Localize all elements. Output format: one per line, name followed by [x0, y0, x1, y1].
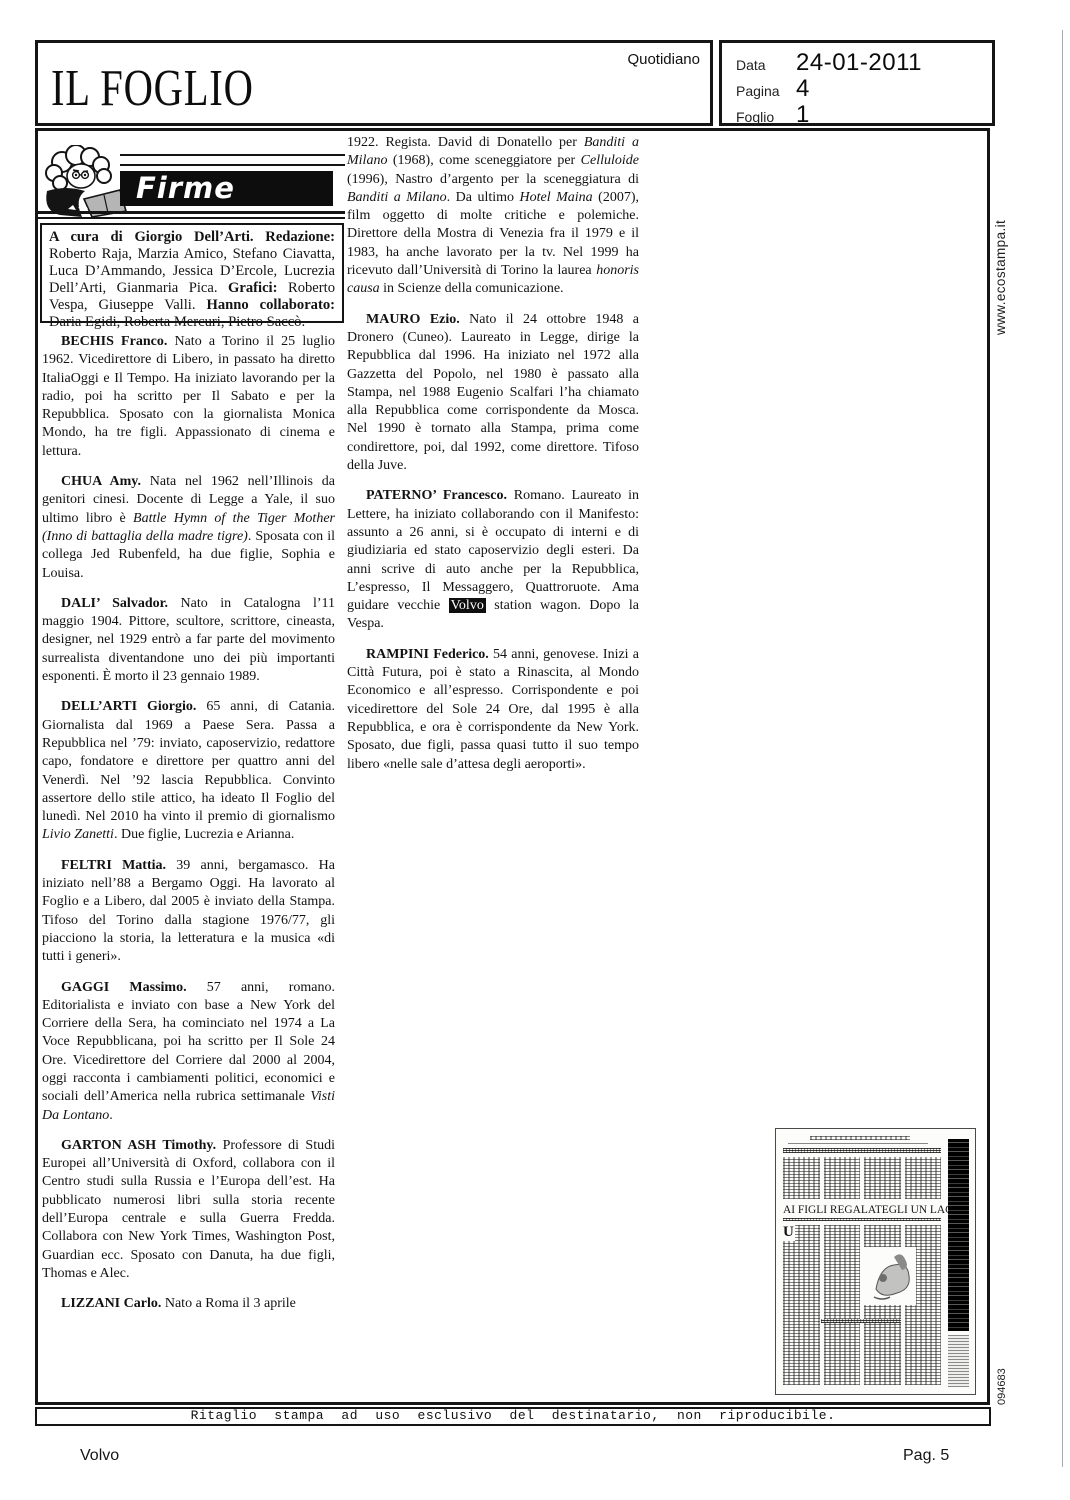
text-segment: FELTRI Mattia.: [61, 858, 166, 873]
text-segment: Banditi a Milano: [347, 190, 447, 205]
text-segment: (1996), Nastro d’argento per la sceneggi…: [347, 172, 639, 187]
thumb-dropcap: U: [783, 1224, 795, 1241]
thumb-rule: [788, 1143, 928, 1144]
text-segment: 1922. Regista. David di Donatello per: [347, 135, 584, 150]
entry-bechis: BECHIS Franco. Nato a Torino il 25 lugli…: [42, 333, 335, 461]
text-segment: 65 anni, di Catania. Giornalista dal 196…: [42, 699, 335, 824]
entry-rampini: RAMPINI Federico. 54 anni, genovese. Ini…: [347, 646, 639, 774]
rubric-rule-bottom-1: [38, 211, 345, 214]
thumb-body-columns: [783, 1225, 941, 1385]
text-segment: Livio Zanetti: [42, 827, 114, 842]
entry-chua: CHUA Amy. Nata nel 1962 nell’Illinois da…: [42, 473, 335, 583]
thumb-headline: AI FIGLI REGALATEGLI UN LAGER: [783, 1202, 937, 1217]
entry-lizzani: LIZZANI Carlo. Nato a Roma il 3 aprile: [42, 1295, 335, 1313]
text-segment: 54 anni, genovese. Inizi a Città Futura,…: [347, 647, 639, 772]
text-segment: Celluloide: [581, 153, 639, 168]
column-left: BECHIS Franco. Nato a Torino il 25 lugli…: [42, 333, 335, 1402]
thumb-text-column: [824, 1157, 861, 1199]
masthead-box: IL FOGLIO Quotidiano: [35, 40, 713, 126]
clipping-code-vertical: 094683: [996, 1341, 1008, 1405]
text-segment: RAMPINI Federico.: [366, 647, 489, 662]
column-right: 1922. Regista. David di Donatello per Ba…: [347, 134, 639, 786]
text-segment: A cura di Giorgio Dell’Arti. Redazione:: [49, 229, 335, 245]
text-segment: BECHIS Franco.: [61, 334, 167, 349]
thumb-text-column: [824, 1225, 861, 1385]
text-segment: Nato a Roma il 3 aprile: [161, 1296, 296, 1311]
footer-keyword: Volvo: [80, 1447, 119, 1465]
text-segment: Grafici:: [228, 280, 288, 296]
thumb-text-column: [783, 1225, 820, 1385]
text-segment: . Da ultimo: [447, 190, 520, 205]
thumb-text-column: [905, 1157, 942, 1199]
text-segment: Nato a Torino il 25 luglio 1962. Vicedir…: [42, 334, 335, 459]
thumb-midheading-noise: [821, 1319, 901, 1323]
entry-garton-ash: GARTON ASH Timothy. Professore di Studi …: [42, 1137, 335, 1283]
text-segment: Daria Egidi, Roberta Mercuri, Pietro Sac…: [49, 314, 305, 330]
text-segment: 57 anni, romano. Editorialista e inviato…: [42, 980, 335, 1105]
thumb-light-sidebar: [948, 1335, 969, 1387]
text-segment: GAGGI Massimo.: [61, 980, 187, 995]
entry-mauro: MAURO Ezio. Nato il 24 ottobre 1948 a Dr…: [347, 311, 639, 476]
header-meta-box: Data 24-01-2011 Pagina 4 Foglio 1: [719, 40, 995, 126]
thumb-text-column: [864, 1157, 901, 1199]
date-value: 24-01-2011: [796, 51, 922, 74]
press-page-thumbnail: AI FIGLI REGALATEGLI UN LAGER U: [775, 1128, 976, 1395]
page-label: Pagina: [736, 83, 796, 99]
sheet-label: Foglio: [736, 109, 796, 125]
thumb-top-columns: [783, 1157, 941, 1199]
entry-paterno: PATERNO’ Francesco. Romano. Laureato in …: [347, 487, 639, 633]
reproduction-notice-strip: Ritaglio stampa ad uso esclusivo del des…: [35, 1407, 991, 1426]
entry-gaggi: GAGGI Massimo. 57 anni, romano. Editoria…: [42, 979, 335, 1125]
text-segment: . Due figlie, Lucrezia e Arianna.: [114, 827, 294, 842]
firme-logo-band: Firme: [120, 171, 333, 206]
text-segment: CHUA Amy.: [61, 474, 141, 489]
text-segment: Nato il 24 ottobre 1948 a Dronero (Cuneo…: [347, 312, 639, 473]
text-segment: MAURO Ezio.: [366, 312, 460, 327]
thumb-dark-sidebar: [948, 1139, 969, 1331]
masthead-title: IL FOGLIO: [51, 59, 254, 118]
credits-box: A cura di Giorgio Dell’Arti. Redazione: …: [40, 223, 344, 323]
author-caricature-icon: [40, 145, 130, 219]
text-segment: in Scienze della comunicazione.: [380, 281, 564, 296]
reproduction-notice-text: Ritaglio stampa ad uso esclusivo del des…: [191, 1408, 836, 1423]
page-value: 4: [796, 77, 810, 100]
text-segment: DALI’ Salvador.: [61, 596, 168, 611]
thumb-subhead-noise: [783, 1218, 941, 1221]
text-segment: DELL’ARTI Giorgio.: [61, 699, 196, 714]
meta-row-page: Pagina 4: [736, 77, 992, 100]
text-segment: Hotel Maina: [520, 190, 593, 205]
thumb-kicker-noise: [783, 1148, 941, 1153]
entry-feltri: FELTRI Mattia. 39 anni, bergamasco. Ha i…: [42, 857, 335, 967]
sheet-value: 1: [796, 103, 810, 126]
text-segment: PATERNO’ Francesco.: [366, 488, 507, 503]
rubric-rule-top-1: [120, 154, 345, 156]
credits-text: A cura di Giorgio Dell’Arti. Redazione: …: [49, 229, 335, 330]
rubric-rule-top-2: [120, 164, 345, 166]
text-segment: LIZZANI Carlo.: [61, 1296, 161, 1311]
page-edge-line: [1062, 30, 1063, 1467]
date-label: Data: [736, 57, 796, 73]
meta-row-sheet: Foglio 1: [736, 103, 992, 126]
periodicity-label: Quotidiano: [627, 51, 700, 68]
text-segment: (1968), come sceneggiatore per: [387, 153, 580, 168]
entry-dali: DALI’ Salvador. Nato in Catalogna l’11 m…: [42, 595, 335, 686]
firme-logo-text: Firme: [120, 171, 333, 205]
thumb-text-column: [783, 1157, 820, 1199]
rubric-rule-bottom-2: [38, 217, 345, 219]
entry-dellarti: DELL’ARTI Giorgio. 65 anni, di Catania. …: [42, 698, 335, 844]
meta-row-date: Data 24-01-2011: [736, 51, 992, 74]
thumb-masthead-noise: [810, 1136, 910, 1140]
text-segment: Professore di Studi Europei all’Universi…: [42, 1138, 335, 1281]
text-segment: Romano. Laureato in Lettere, ha iniziato…: [347, 488, 639, 613]
text-segment: 39 anni, bergamasco. Ha iniziato nell’88…: [42, 858, 335, 964]
text-segment: .: [109, 1108, 113, 1123]
text-segment: Volvo: [449, 598, 486, 613]
footer-page-number: Pag. 5: [903, 1447, 949, 1465]
entry-lizzani-continuation: 1922. Regista. David di Donatello per Ba…: [347, 134, 639, 299]
thumb-illustration: [864, 1247, 916, 1305]
text-segment: GARTON ASH Timothy.: [61, 1138, 216, 1153]
ecostampa-url-vertical: www.ecostampa.it: [993, 140, 1008, 335]
text-segment: Hanno collaborato:: [206, 297, 335, 313]
